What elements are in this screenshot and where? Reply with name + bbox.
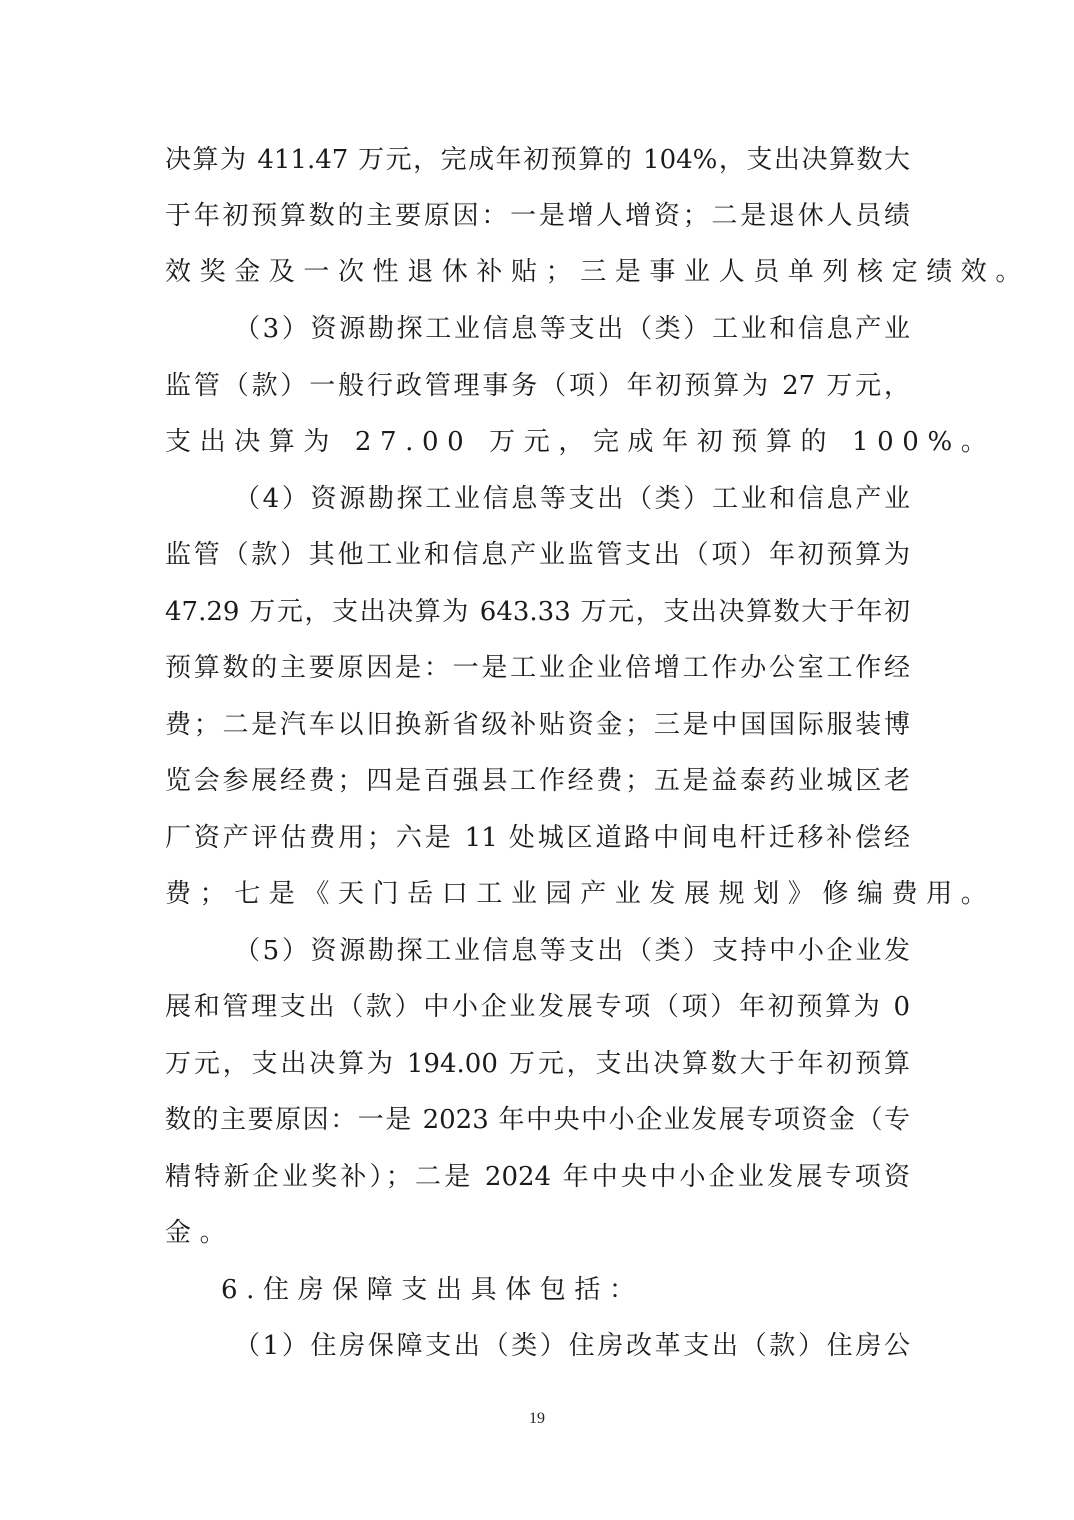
document-page: 决算为 411.47 万元，完成年初预算的 104%，支出决算数大 于年初预算数… bbox=[0, 0, 1074, 1520]
text-line: 预算数的主要原因是：一是工业企业倍增工作办公室工作经 bbox=[165, 648, 910, 688]
text-line: （1）住房保障支出（类）住房改革支出（款）住房公 bbox=[234, 1326, 910, 1366]
paragraph-4-heading-line: （4）资源勘探工业信息等支出（类）工业和信息产业 bbox=[234, 479, 910, 519]
text-line: （3）资源勘探工业信息等支出（类）工业和信息产业 bbox=[234, 309, 910, 349]
text-line: 金。 bbox=[165, 1213, 925, 1253]
text-line: 支出决算为 27.00 万元，完成年初预算的 100%。 bbox=[165, 422, 925, 462]
text-line: （5）资源勘探工业信息等支出（类）支持中小企业发 bbox=[234, 931, 910, 971]
text-line: 展和管理支出（款）中小企业发展专项（项）年初预算为 0 bbox=[165, 987, 910, 1027]
text-line: 于年初预算数的主要原因：一是增人增资；二是退休人员绩 bbox=[165, 196, 910, 236]
text-line: 监管（款）一般行政管理事务（项）年初预算为 27 万元， bbox=[165, 366, 910, 406]
text-line: （4）资源勘探工业信息等支出（类）工业和信息产业 bbox=[234, 479, 910, 519]
text-line: 监管（款）其他工业和信息产业监管支出（项）年初预算为 bbox=[165, 535, 910, 575]
text-line: 万元，支出决算为 194.00 万元，支出决算数大于年初预算 bbox=[165, 1044, 910, 1084]
text-line: 决算为 411.47 万元，完成年初预算的 104%，支出决算数大 bbox=[165, 140, 910, 180]
text-line: 精特新企业奖补）；二是 2024 年中央中小企业发展专项资 bbox=[165, 1157, 910, 1197]
paragraph-heading-line: （1）住房保障支出（类）住房改革支出（款）住房公 bbox=[234, 1326, 910, 1366]
paragraph-5-heading-line: （5）资源勘探工业信息等支出（类）支持中小企业发 bbox=[234, 931, 910, 971]
section-heading: 6.住房保障支出具体包括： bbox=[221, 1270, 981, 1310]
text-line: 数的主要原因：一是 2023 年中央中小企业发展专项资金（专 bbox=[165, 1100, 910, 1140]
text-line: 厂资产评估费用；六是 11 处城区道路中间电杆迁移补偿经 bbox=[165, 818, 910, 858]
text-line: 效奖金及一次性退休补贴；三是事业人员单列核定绩效。 bbox=[165, 252, 925, 292]
text-line: 览会参展经费；四是百强县工作经费；五是益泰药业城区老 bbox=[165, 761, 910, 801]
paragraph-3-heading-line: （3）资源勘探工业信息等支出（类）工业和信息产业 bbox=[234, 309, 910, 349]
page-number: 19 bbox=[0, 1410, 1074, 1428]
text-line: 47.29 万元，支出决算为 643.33 万元，支出决算数大于年初 bbox=[165, 592, 910, 632]
text-line: 费；二是汽车以旧换新省级补贴资金；三是中国国际服装博 bbox=[165, 705, 910, 745]
text-line: 费；七是《天门岳口工业园产业发展规划》修编费用。 bbox=[165, 874, 925, 914]
